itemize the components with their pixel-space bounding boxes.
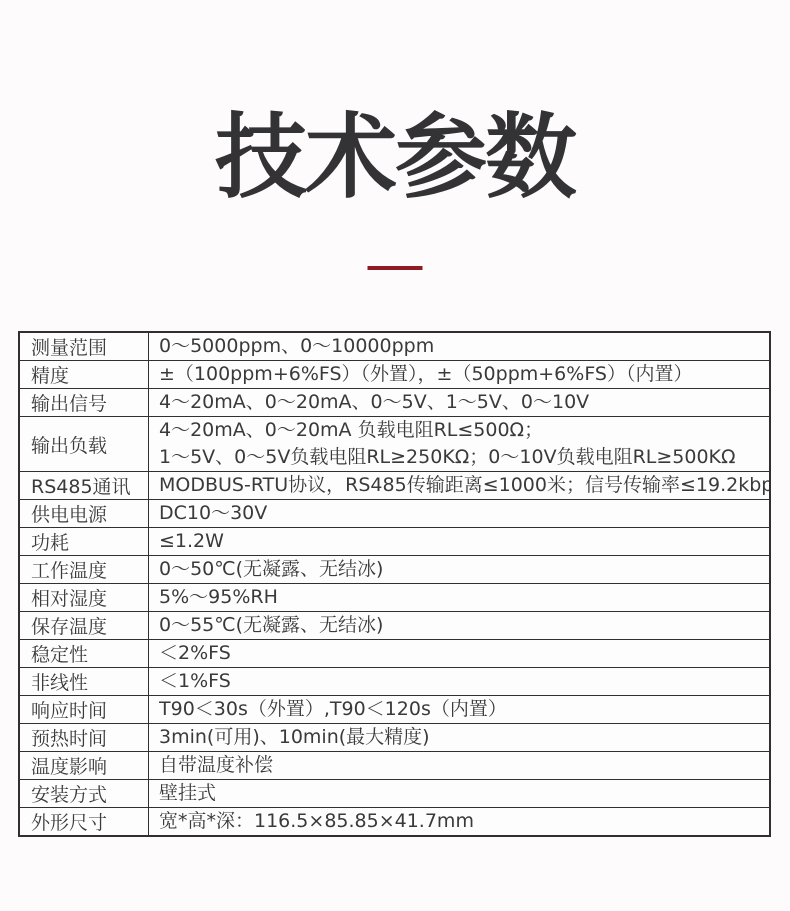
spec-label: 工作温度 <box>19 556 149 584</box>
spec-value: ≤1.2W <box>149 528 771 556</box>
page-title: 技术参数 <box>0 106 790 209</box>
spec-label: 精度 <box>19 361 149 389</box>
spec-label: 功耗 <box>19 528 149 556</box>
spec-value: 3min(可用)、10min(最大精度) <box>149 724 771 752</box>
table-row: 精度 ±（100ppm+6%FS）（外置），±（50ppm+6%FS）（内置） <box>19 361 770 389</box>
spec-value-line: 4～20mA、0～20mA 负载电阻RL≤500Ω； <box>159 417 769 444</box>
spec-label: 保存温度 <box>19 612 149 640</box>
spec-value-line: 5%～95%RH <box>159 584 769 611</box>
spec-value: 壁挂式 <box>149 780 771 808</box>
spec-value: 5%～95%RH <box>149 584 771 612</box>
spec-value-line: 壁挂式 <box>159 780 769 807</box>
spec-value: ＜2%FS <box>149 640 771 668</box>
spec-value: 0～55℃(无凝露、无结冰) <box>149 612 771 640</box>
spec-value-line: ±（100ppm+6%FS）（外置），±（50ppm+6%FS）（内置） <box>159 361 769 388</box>
spec-label: 预热时间 <box>19 724 149 752</box>
spec-label: 安装方式 <box>19 780 149 808</box>
spec-value-line: 0～50℃(无凝露、无结冰) <box>159 556 769 583</box>
spec-label: RS485通讯 <box>19 472 149 500</box>
spec-label: 稳定性 <box>19 640 149 668</box>
spec-value: 宽*高*深：116.5×85.85×41.7mm <box>149 808 771 837</box>
spec-value-line: ＜1%FS <box>159 668 769 695</box>
table-row: 输出负载 4～20mA、0～20mA 负载电阻RL≤500Ω；1～5V、0～5V… <box>19 417 770 472</box>
spec-value-line: 0～5000ppm、0～10000ppm <box>159 333 769 360</box>
spec-value: DC10～30V <box>149 500 771 528</box>
spec-label: 输出负载 <box>19 417 149 472</box>
table-row: 输出信号 4～20mA、0～20mA、0～5V、1～5V、0～10V <box>19 389 770 417</box>
table-row: 保存温度 0～55℃(无凝露、无结冰) <box>19 612 770 640</box>
spec-value-line: ≤1.2W <box>159 528 769 555</box>
table-row: 相对湿度 5%～95%RH <box>19 584 770 612</box>
table-row: RS485通讯 MODBUS-RTU协议，RS485传输距离≤1000米；信号传… <box>19 472 770 500</box>
spec-label: 测量范围 <box>19 332 149 361</box>
spec-label: 非线性 <box>19 668 149 696</box>
spec-value: MODBUS-RTU协议，RS485传输距离≤1000米；信号传输率≤19.2k… <box>149 472 771 500</box>
spec-value: ±（100ppm+6%FS）（外置），±（50ppm+6%FS）（内置） <box>149 361 771 389</box>
table-row: 安装方式 壁挂式 <box>19 780 770 808</box>
spec-value-line: T90＜30s（外置）,T90＜120s（内置） <box>159 696 769 723</box>
spec-value: 4～20mA、0～20mA、0～5V、1～5V、0～10V <box>149 389 771 417</box>
table-row: 温度影响 自带温度补偿 <box>19 752 770 780</box>
spec-value-line: DC10～30V <box>159 500 769 527</box>
table-row: 稳定性 ＜2%FS <box>19 640 770 668</box>
spec-value: T90＜30s（外置）,T90＜120s（内置） <box>149 696 771 724</box>
spec-label: 外形尺寸 <box>19 808 149 837</box>
spec-table-body: 测量范围 0～5000ppm、0～10000ppm 精度 ±（100ppm+6%… <box>19 332 770 836</box>
spec-value: 4～20mA、0～20mA 负载电阻RL≤500Ω；1～5V、0～5V负载电阻R… <box>149 417 771 472</box>
spec-value-line: 1～5V、0～5V负载电阻RL≥250KΩ；0～10V负载电阻RL≥500KΩ <box>159 444 769 471</box>
page: 技术参数 测量范围 0～5000ppm、0～10000ppm 精度 ±（100p… <box>0 0 790 911</box>
title-divider <box>368 266 423 270</box>
spec-label: 输出信号 <box>19 389 149 417</box>
table-row: 外形尺寸 宽*高*深：116.5×85.85×41.7mm <box>19 808 770 837</box>
spec-value: 0～50℃(无凝露、无结冰) <box>149 556 771 584</box>
table-row: 响应时间 T90＜30s（外置）,T90＜120s（内置） <box>19 696 770 724</box>
spec-label: 温度影响 <box>19 752 149 780</box>
table-row: 测量范围 0～5000ppm、0～10000ppm <box>19 332 770 361</box>
spec-value-line: 0～55℃(无凝露、无结冰) <box>159 612 769 639</box>
spec-value: 自带温度补偿 <box>149 752 771 780</box>
spec-label: 响应时间 <box>19 696 149 724</box>
spec-value-line: 4～20mA、0～20mA、0～5V、1～5V、0～10V <box>159 389 769 416</box>
table-row: 预热时间 3min(可用)、10min(最大精度) <box>19 724 770 752</box>
spec-value: ＜1%FS <box>149 668 771 696</box>
spec-label: 相对湿度 <box>19 584 149 612</box>
spec-value-line: MODBUS-RTU协议，RS485传输距离≤1000米；信号传输率≤19.2k… <box>159 472 769 499</box>
table-row: 非线性 ＜1%FS <box>19 668 770 696</box>
spec-table: 测量范围 0～5000ppm、0～10000ppm 精度 ±（100ppm+6%… <box>18 331 771 837</box>
spec-value: 0～5000ppm、0～10000ppm <box>149 332 771 361</box>
spec-value-line: 宽*高*深：116.5×85.85×41.7mm <box>159 808 769 835</box>
table-row: 工作温度 0～50℃(无凝露、无结冰) <box>19 556 770 584</box>
spec-label: 供电电源 <box>19 500 149 528</box>
table-row: 功耗 ≤1.2W <box>19 528 770 556</box>
spec-value-line: 3min(可用)、10min(最大精度) <box>159 724 769 751</box>
spec-value-line: 自带温度补偿 <box>159 752 769 779</box>
table-row: 供电电源 DC10～30V <box>19 500 770 528</box>
spec-value-line: ＜2%FS <box>159 640 769 667</box>
